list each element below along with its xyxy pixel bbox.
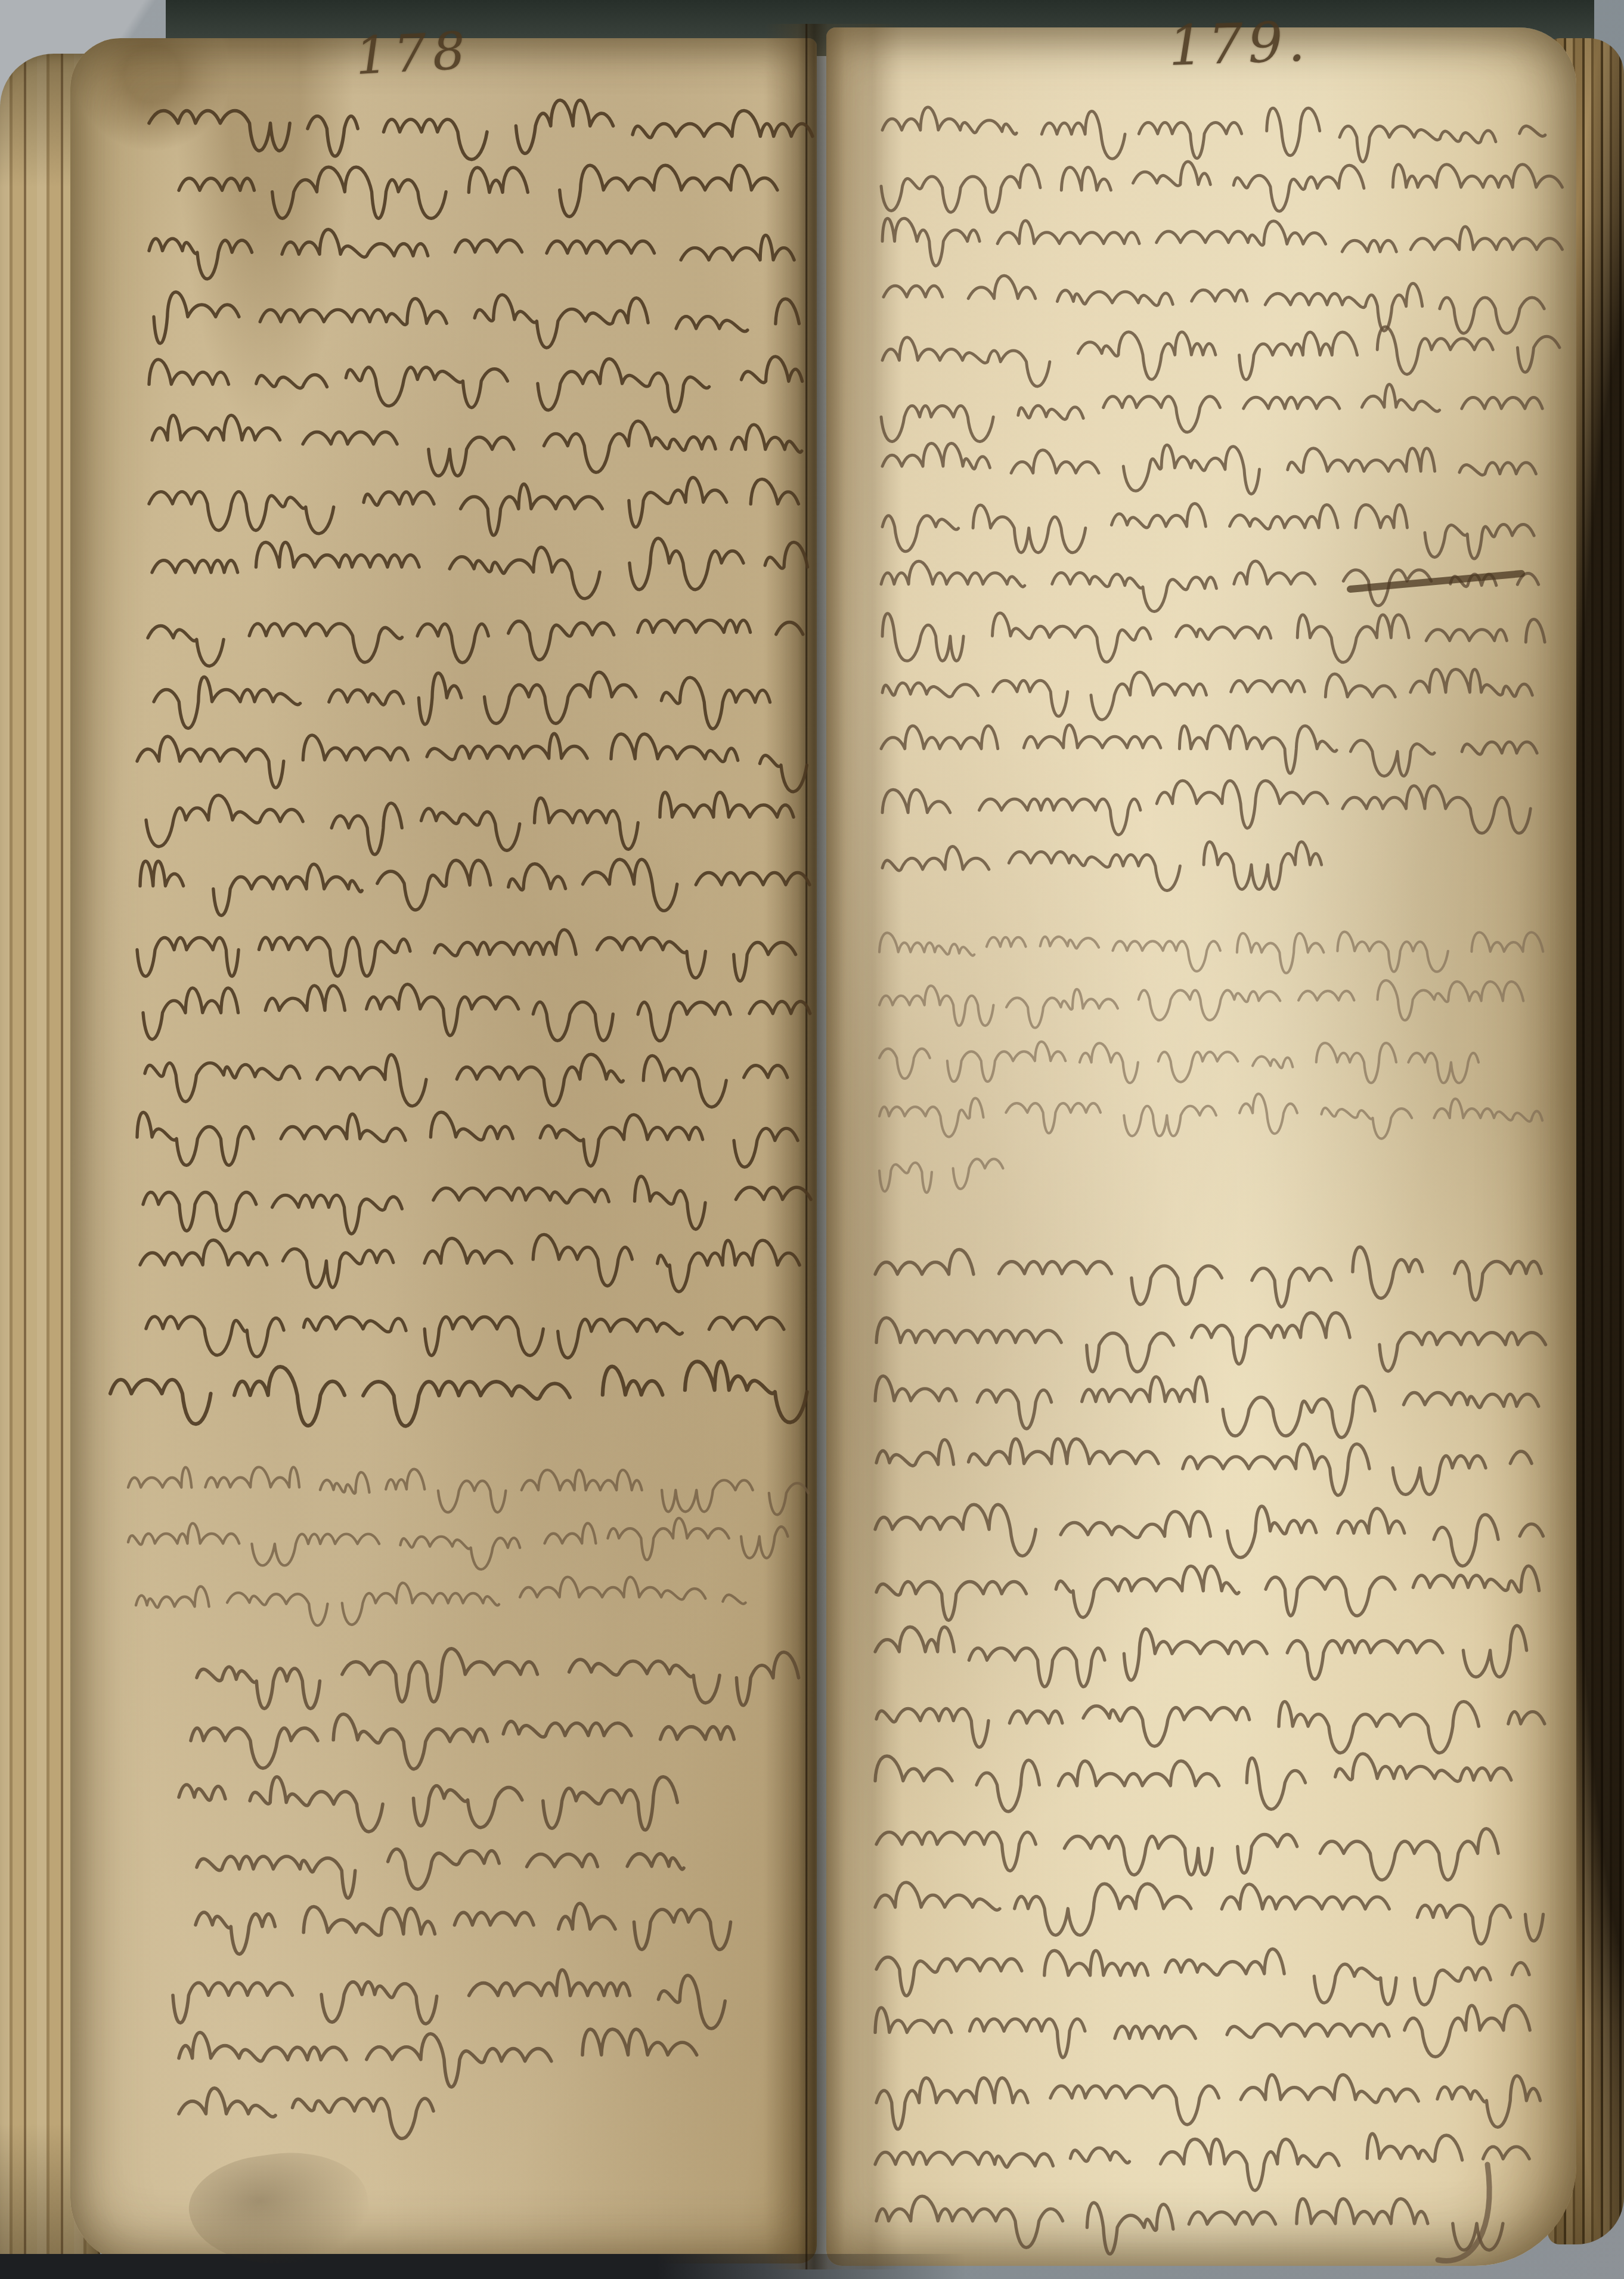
manuscript-line [876, 1566, 1539, 1620]
manuscript-line [152, 538, 808, 599]
manuscript-line [876, 1949, 1529, 2005]
manuscript-line [128, 1518, 788, 1569]
manuscript-line [146, 1317, 784, 1358]
manuscript-line [137, 930, 796, 981]
manuscript-line [137, 1112, 798, 1167]
manuscript-line [137, 733, 807, 792]
manuscript-line [154, 672, 770, 729]
manuscript-line [884, 275, 1544, 333]
manuscript-line [879, 1159, 1003, 1193]
manuscript-book-scan: 178 179. [0, 0, 1624, 2279]
manuscript-line [875, 1504, 1543, 1566]
manuscript-line [879, 980, 1523, 1028]
manuscript-line [196, 1903, 730, 1954]
manuscript-line [876, 2074, 1541, 2129]
manuscript-line [197, 1849, 684, 1898]
manuscript-line [128, 1467, 808, 1515]
manuscript-line [882, 503, 1534, 559]
manuscript-line [149, 478, 798, 535]
manuscript-line [110, 1361, 807, 1426]
manuscript-line [879, 1042, 1479, 1083]
manuscript-line [143, 984, 810, 1041]
manuscript-line [149, 357, 802, 412]
manuscript-line [149, 100, 813, 159]
manuscript-line [881, 561, 1539, 612]
manuscript-line [191, 1714, 734, 1769]
manuscript-line [152, 415, 802, 476]
manuscript-line [876, 1702, 1545, 1753]
manuscript-line [146, 792, 794, 854]
manuscript-line [882, 842, 1322, 891]
manuscript-line [882, 218, 1562, 266]
manuscript-line [145, 1054, 788, 1107]
manuscript-line [882, 327, 1560, 386]
manuscript-line [875, 2134, 1529, 2190]
manuscript-line [179, 165, 777, 218]
manuscript-line [140, 859, 810, 915]
manuscript-line [876, 1439, 1532, 1495]
handwriting-layer [0, 0, 1624, 2279]
manuscript-line [173, 1970, 725, 2029]
manuscript-line [881, 162, 1562, 212]
manuscript-line [179, 2088, 433, 2139]
manuscript-line [882, 107, 1545, 162]
manuscript-line [876, 1312, 1546, 1371]
manuscript-line [882, 613, 1545, 662]
manuscript-line [881, 725, 1537, 776]
manuscript-line [875, 1625, 1527, 1686]
manuscript-line [136, 1577, 746, 1625]
manuscript-line [875, 1882, 1544, 1944]
manuscript-line [882, 781, 1530, 835]
manuscript-line [879, 932, 1543, 973]
manuscript-line [875, 2005, 1530, 2057]
manuscript-line [143, 1176, 811, 1234]
manuscript-line [179, 2029, 697, 2087]
manuscript-line [140, 1234, 799, 1292]
manuscript-line [882, 670, 1532, 720]
manuscript-line [881, 384, 1542, 441]
page-number-right: 179. [1167, 10, 1310, 78]
manuscript-line [154, 292, 799, 348]
page-number-left: 178 [354, 21, 473, 86]
manuscript-line [149, 230, 794, 279]
manuscript-line [148, 620, 803, 666]
manuscript-line [882, 443, 1536, 494]
manuscript-line [879, 1094, 1542, 1138]
manuscript-line [875, 1754, 1511, 1812]
manuscript-line [876, 2196, 1503, 2254]
manuscript-line [197, 1649, 799, 1708]
manuscript-line [875, 1376, 1539, 1438]
manuscript-line [876, 1829, 1498, 1880]
manuscript-line [179, 1777, 677, 1832]
manuscript-line [875, 1247, 1541, 1306]
